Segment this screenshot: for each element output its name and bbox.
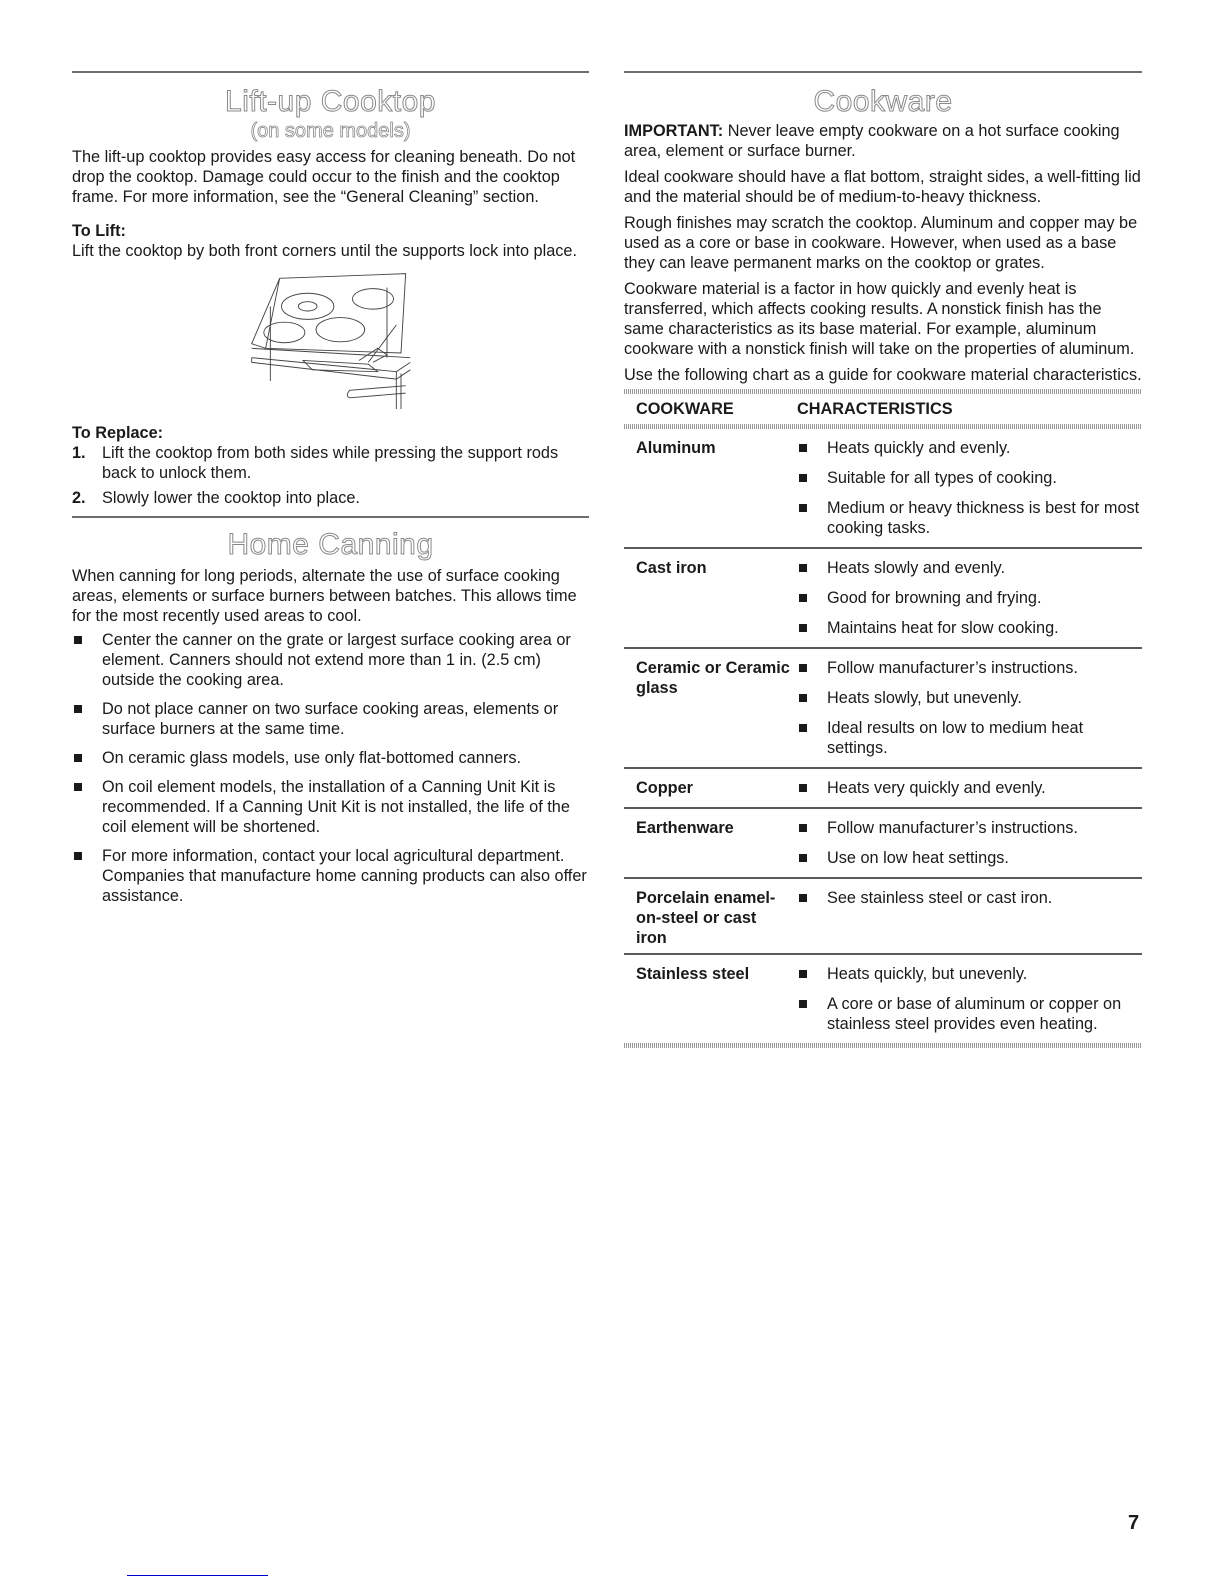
material-name: Stainless steel [636, 964, 791, 1038]
material-name: Cast iron [636, 558, 791, 642]
characteristic-text: Heats very quickly and evenly. [827, 779, 1046, 797]
material-name: Porcelain enamel-on-steel or cast iron [636, 888, 791, 948]
characteristics-list: Heats slowly and evenly.Good for brownin… [791, 558, 1142, 642]
table-row: Porcelain enamel-on-steel or cast ironSe… [624, 879, 1142, 955]
bullet-square-icon [799, 694, 807, 702]
bullet-square-icon [799, 824, 807, 832]
important-label: IMPORTANT: [624, 122, 723, 140]
characteristic-text: Medium or heavy thickness is best for mo… [827, 499, 1139, 537]
table-bottom-border [624, 1043, 1142, 1048]
table-row: Cast ironHeats slowly and evenly.Good fo… [624, 549, 1142, 649]
bullet-square-icon [74, 705, 82, 713]
table-body: AluminumHeats quickly and evenly.Suitabl… [624, 429, 1142, 1043]
table-row: AluminumHeats quickly and evenly.Suitabl… [624, 429, 1142, 549]
bullet-text: Do not place canner on two surface cooki… [102, 700, 558, 738]
bullet-text: On coil element models, the installation… [102, 778, 570, 836]
bullet-square-icon [799, 894, 807, 902]
cookware-paragraph: Cookware material is a factor in how qui… [624, 279, 1142, 359]
section-divider [624, 71, 1142, 73]
table-row: Stainless steelHeats quickly, but uneven… [624, 955, 1142, 1043]
list-item: Heats slowly and evenly. [791, 558, 1142, 578]
bullet-square-icon [799, 594, 807, 602]
link-underline[interactable] [127, 1575, 268, 1576]
characteristics-list: Heats very quickly and evenly. [791, 778, 1142, 802]
list-item: Maintains heat for slow cooking. [791, 618, 1142, 638]
section-divider [72, 516, 589, 518]
table-header: COOKWARE CHARACTERISTICS [624, 394, 1142, 424]
bullet-text: For more information, contact your local… [102, 847, 587, 905]
characteristics-list: See stainless steel or cast iron. [791, 888, 1142, 948]
to-replace-heading: To Replace: [72, 423, 589, 443]
list-item: See stainless steel or cast iron. [791, 888, 1142, 908]
bullet-square-icon [799, 504, 807, 512]
list-item: Good for browning and frying. [791, 588, 1142, 608]
step-number: 2. [72, 488, 86, 508]
bullet-square-icon [799, 444, 807, 452]
to-lift-text: Lift the cooktop by both front corners u… [72, 241, 589, 261]
list-item: Center the canner on the grate or larges… [72, 630, 589, 690]
characteristic-text: Heats quickly, but unevenly. [827, 965, 1027, 983]
table-row: EarthenwareFollow manufacturer’s instruc… [624, 809, 1142, 879]
canning-intro: When canning for long periods, alternate… [72, 566, 589, 626]
list-item: A core or base of aluminum or copper on … [791, 994, 1142, 1034]
column-header-characteristics: CHARACTERISTICS [797, 398, 953, 420]
list-item: Ideal results on low to medium heat sett… [791, 718, 1142, 758]
step-text: Lift the cooktop from both sides while p… [102, 444, 558, 482]
list-item: On ceramic glass models, use only flat-b… [72, 748, 589, 768]
characteristic-text: Ideal results on low to medium heat sett… [827, 719, 1083, 757]
bullet-square-icon [799, 970, 807, 978]
page-number: 7 [1128, 1512, 1139, 1535]
bullet-square-icon [799, 1000, 807, 1008]
list-item: On coil element models, the installation… [72, 777, 589, 837]
characteristics-list: Follow manufacturer’s instructions.Use o… [791, 818, 1142, 872]
bullet-square-icon [799, 724, 807, 732]
cookware-table: COOKWARE CHARACTERISTICS AluminumHeats q… [624, 389, 1142, 1048]
cookware-paragraph: Rough finishes may scratch the cooktop. … [624, 213, 1142, 273]
right-column: Cookware IMPORTANT: Never leave empty co… [624, 71, 1142, 1048]
characteristics-list: Follow manufacturer’s instructions.Heats… [791, 658, 1142, 762]
canning-bullets: Center the canner on the grate or larges… [72, 630, 589, 906]
material-name: Aluminum [636, 438, 791, 542]
step-item: 2.Slowly lower the cooktop into place. [72, 488, 589, 508]
to-lift-heading: To Lift: [72, 221, 589, 241]
list-item: Suitable for all types of cooking. [791, 468, 1142, 488]
table-row: Ceramic or Ceramic glassFollow manufactu… [624, 649, 1142, 769]
list-item: For more information, contact your local… [72, 846, 589, 906]
characteristic-text: Use on low heat settings. [827, 849, 1009, 867]
characteristic-text: Follow manufacturer’s instructions. [827, 819, 1078, 837]
column-header-cookware: COOKWARE [636, 398, 797, 420]
characteristic-text: Follow manufacturer’s instructions. [827, 659, 1078, 677]
cookware-paragraph: Use the following chart as a guide for c… [624, 365, 1142, 385]
bullet-square-icon [799, 664, 807, 672]
characteristic-text: Suitable for all types of cooking. [827, 469, 1057, 487]
list-item: Heats slowly, but unevenly. [791, 688, 1142, 708]
characteristics-list: Heats quickly, but unevenly.A core or ba… [791, 964, 1142, 1038]
replace-steps: 1.Lift the cooktop from both sides while… [72, 443, 589, 508]
bullet-square-icon [799, 854, 807, 862]
step-item: 1.Lift the cooktop from both sides while… [72, 443, 589, 483]
list-item: Heats quickly, but unevenly. [791, 964, 1142, 984]
important-note: IMPORTANT: Never leave empty cookware on… [624, 121, 1142, 161]
bullet-square-icon [74, 852, 82, 860]
left-column: Lift-up Cooktop (on some models) The lif… [72, 71, 589, 915]
table-row: CopperHeats very quickly and evenly. [624, 769, 1142, 809]
list-item: Heats quickly and evenly. [791, 438, 1142, 458]
bullet-text: Center the canner on the grate or larges… [102, 631, 571, 689]
material-name: Ceramic or Ceramic glass [636, 658, 791, 762]
section-title-canning: Home Canning [72, 528, 589, 562]
characteristic-text: Heats slowly and evenly. [827, 559, 1005, 577]
characteristics-list: Heats quickly and evenly.Suitable for al… [791, 438, 1142, 542]
step-text: Slowly lower the cooktop into place. [102, 489, 360, 507]
characteristic-text: Maintains heat for slow cooking. [827, 619, 1059, 637]
list-item: Medium or heavy thickness is best for mo… [791, 498, 1142, 538]
characteristic-text: Heats quickly and evenly. [827, 439, 1010, 457]
characteristic-text: See stainless steel or cast iron. [827, 889, 1052, 907]
list-item: Use on low heat settings. [791, 848, 1142, 868]
list-item: Heats very quickly and evenly. [791, 778, 1142, 798]
list-item: Do not place canner on two surface cooki… [72, 699, 589, 739]
characteristic-text: A core or base of aluminum or copper on … [827, 995, 1121, 1033]
bullet-square-icon [74, 783, 82, 791]
bullet-square-icon [74, 754, 82, 762]
characteristic-text: Good for browning and frying. [827, 589, 1042, 607]
bullet-text: On ceramic glass models, use only flat-b… [102, 749, 521, 767]
material-name: Earthenware [636, 818, 791, 872]
bullet-square-icon [74, 636, 82, 644]
liftup-intro: The lift-up cooktop provides easy access… [72, 147, 589, 207]
cookware-paragraph: Ideal cookware should have a flat bottom… [624, 167, 1142, 207]
section-title-cookware: Cookware [624, 85, 1142, 119]
bullet-square-icon [799, 784, 807, 792]
bullet-square-icon [799, 624, 807, 632]
lift-up-cooktop-illustration-icon [236, 269, 426, 409]
section-divider [72, 71, 589, 73]
list-item: Follow manufacturer’s instructions. [791, 818, 1142, 838]
list-item: Follow manufacturer’s instructions. [791, 658, 1142, 678]
material-name: Copper [636, 778, 791, 802]
step-number: 1. [72, 443, 86, 463]
bullet-square-icon [799, 474, 807, 482]
section-subtitle-liftup: (on some models) [72, 119, 589, 143]
section-title-liftup: Lift-up Cooktop [72, 85, 589, 119]
characteristic-text: Heats slowly, but unevenly. [827, 689, 1022, 707]
bullet-square-icon [799, 564, 807, 572]
